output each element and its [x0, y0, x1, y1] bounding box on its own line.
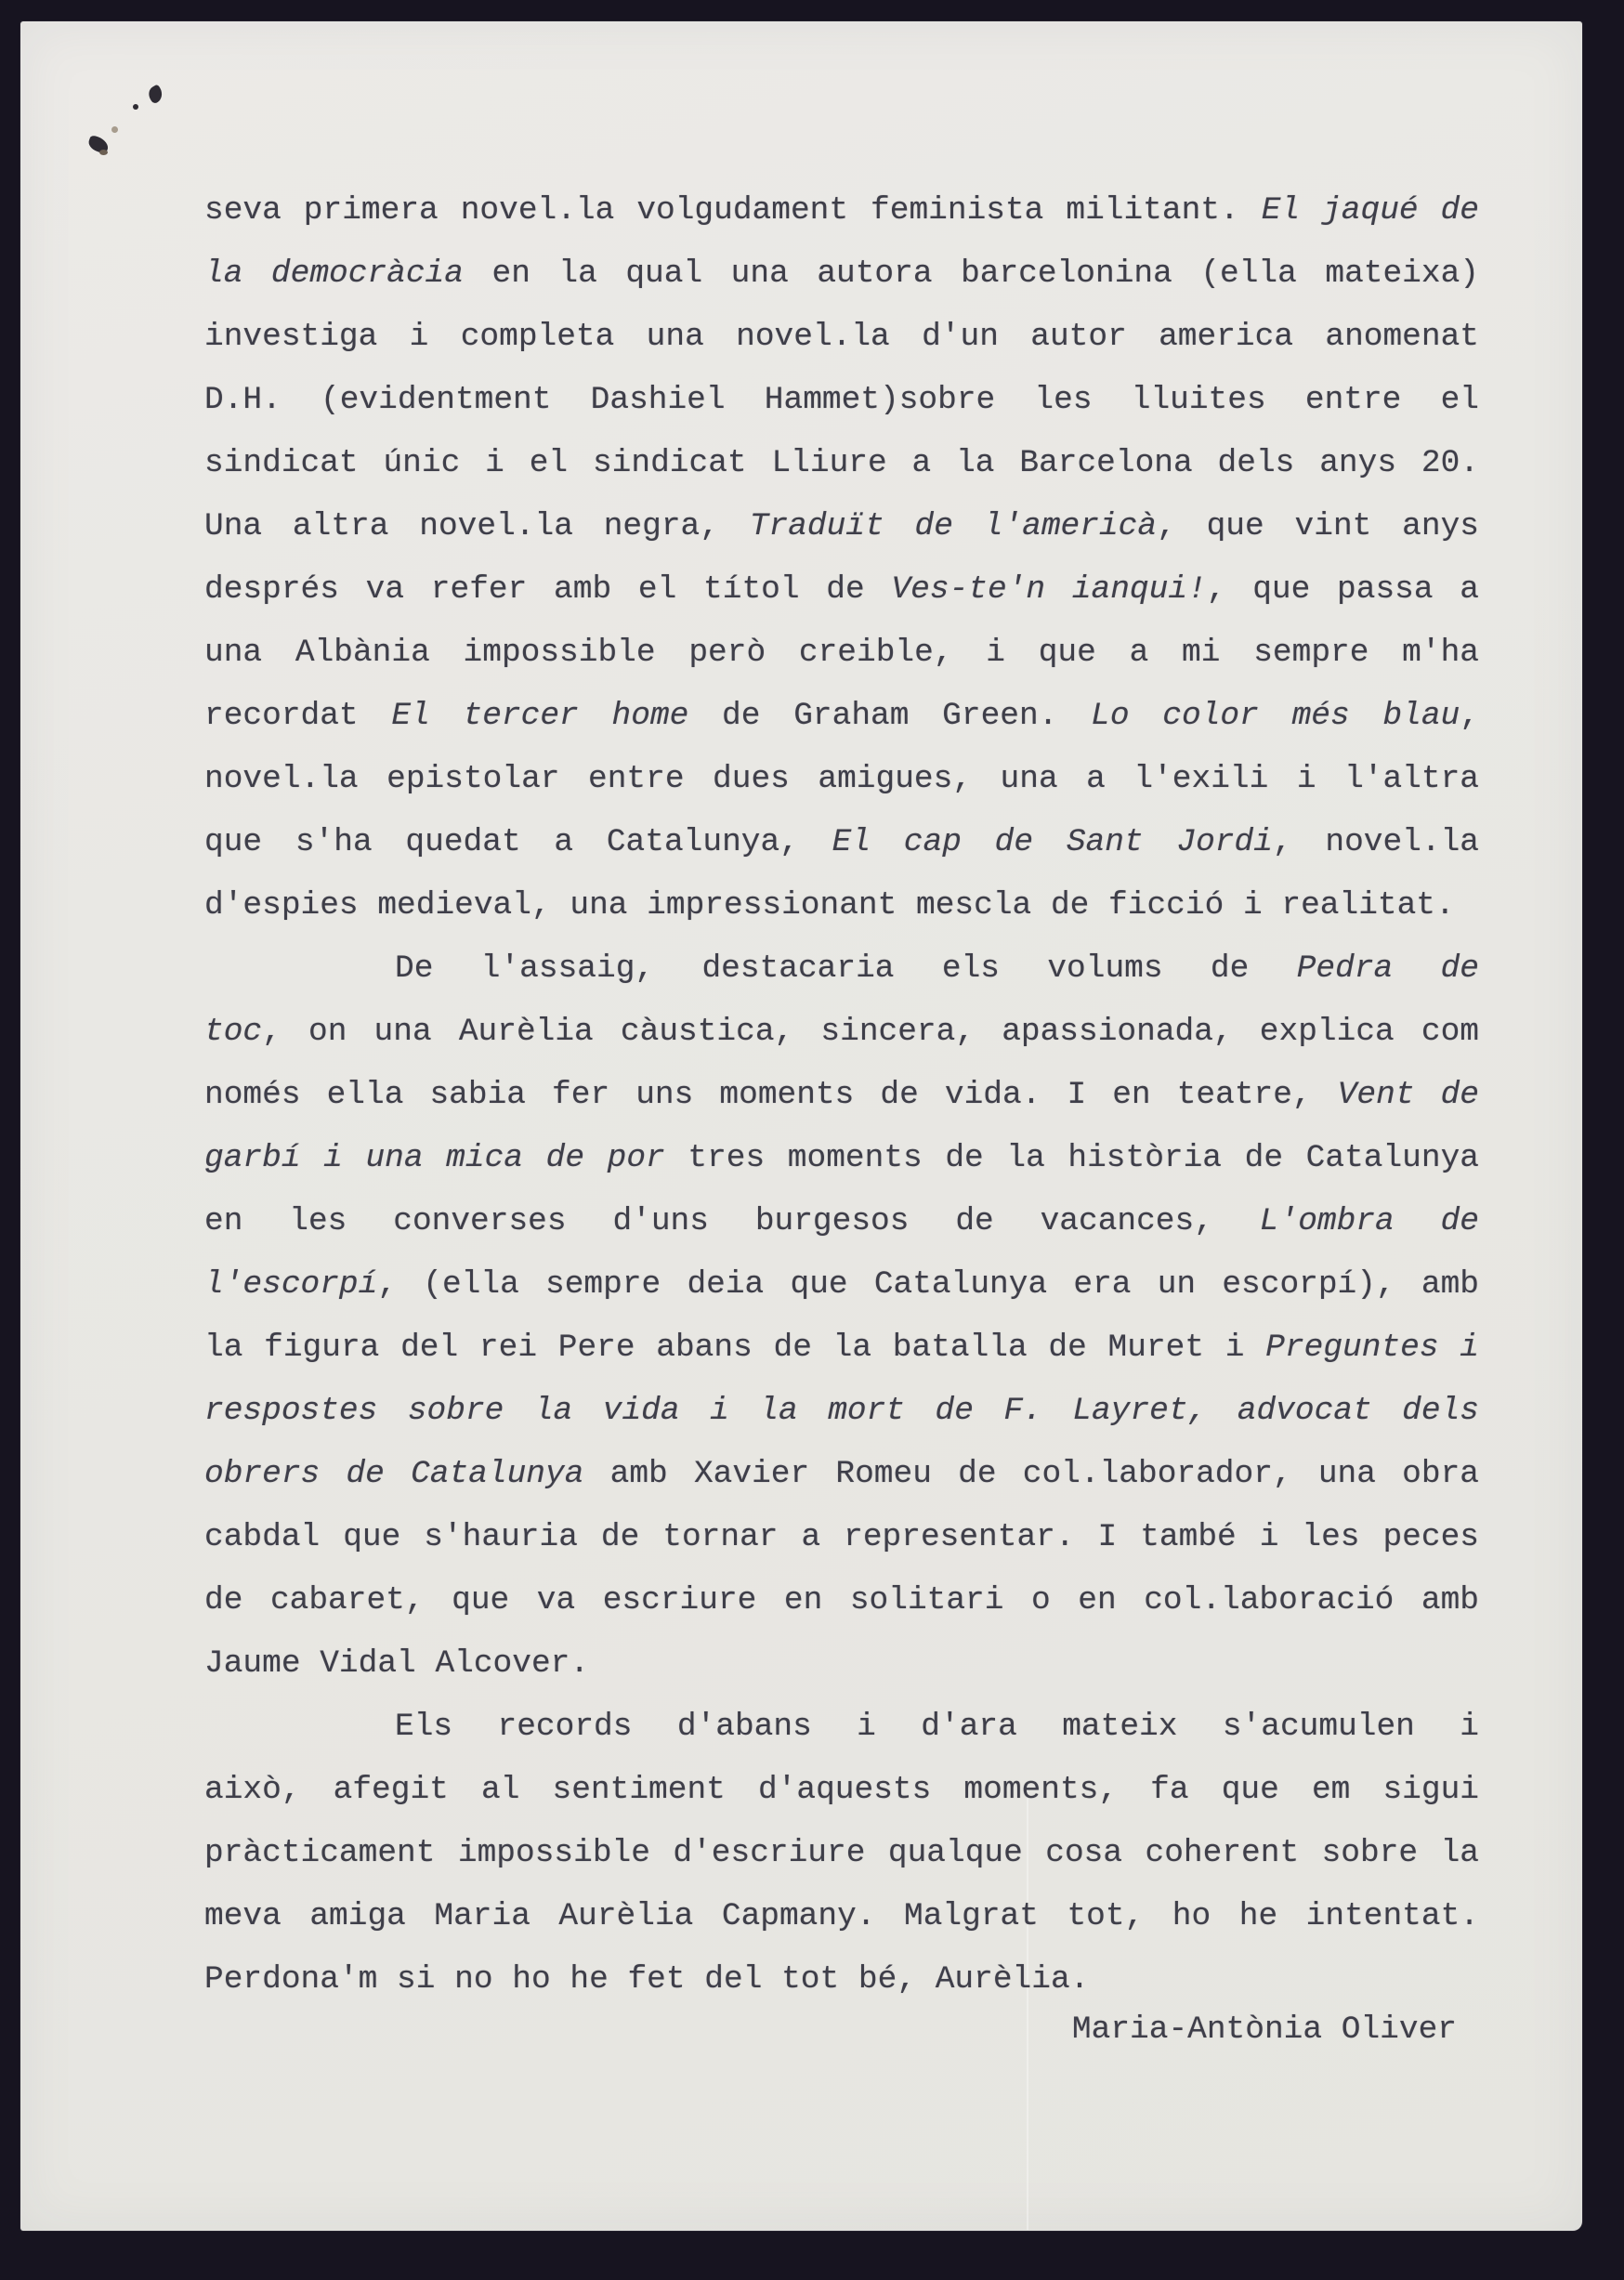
body-text: meva amiga Maria Aurèlia Capmany. Malgra… [204, 1898, 1479, 1934]
typed-text: seva primera novel.la volgudament femini… [204, 179, 1479, 2011]
text-line: la democràcia en la qual una autora barc… [204, 242, 1479, 306]
body-text: , on una Aurèlia càustica, sincera, apas… [262, 1014, 1479, 1050]
body-text: que s'ha quedat a Catalunya, [204, 824, 832, 860]
text-line: d'espies medieval, una impressionant mes… [204, 874, 1479, 937]
text-line: Jaume Vidal Alcover. [204, 1632, 1479, 1696]
body-text: Perdona'm si no ho he fet del tot bé, Au… [204, 1961, 1089, 1998]
scan-background: { "page": { "background_color": "#171420… [0, 0, 1624, 2280]
text-line: D.H. (evidentment Dashiel Hammet)sobre l… [204, 369, 1479, 432]
text-line: només ella sabia fer uns moments de vida… [204, 1064, 1479, 1127]
italic-title-text: El cap de Sant Jordi [832, 824, 1273, 860]
italic-title-text: Ves-te'n ianqui! [891, 571, 1206, 608]
italic-title-text: Vent de [1338, 1077, 1479, 1113]
body-text: , [1460, 698, 1479, 734]
italic-title-text: Traduït de l'americà [750, 508, 1157, 544]
body-text: en la qual una autora barcelonina (ella … [464, 256, 1479, 292]
italic-title-text: Preguntes i [1265, 1330, 1479, 1366]
italic-title-text: obrers de Catalunya [204, 1456, 583, 1492]
italic-title-text: Pedra de [1297, 950, 1479, 987]
body-text: , (ella sempre deia que Catalunya era un… [377, 1266, 1479, 1303]
document-page: seva primera novel.la volgudament femini… [20, 21, 1582, 2231]
body-text: de cabaret, que va escriure en solitari … [204, 1582, 1479, 1618]
text-line: la figura del rei Pere abans de la batal… [204, 1317, 1479, 1380]
body-text: Els records d'abans i d'ara mateix s'acu… [395, 1709, 1479, 1745]
text-line: recordat El tercer home de Graham Green.… [204, 685, 1479, 748]
body-text: de Graham Green. [688, 698, 1091, 734]
text-line: garbí i una mica de por tres moments de … [204, 1127, 1479, 1190]
text-line: de cabaret, que va escriure en solitari … [204, 1569, 1479, 1632]
body-text: tres moments de la història de Catalunya [665, 1140, 1479, 1176]
text-line: toc, on una Aurèlia càustica, sincera, a… [204, 1001, 1479, 1064]
text-line: en les converses d'uns burgesos de vacan… [204, 1190, 1479, 1253]
body-text: això, afegit al sentiment d'aquests mome… [204, 1772, 1479, 1808]
body-text: De l'assaig, destacaria els volums de [395, 950, 1297, 987]
text-line: cabdal que s'hauria de tornar a represen… [204, 1506, 1479, 1569]
italic-title-text: Lo color més blau [1091, 698, 1460, 734]
text-line: pràcticament impossible d'escriure qualq… [204, 1822, 1479, 1885]
body-text: investiga i completa una novel.la d'un a… [204, 319, 1479, 355]
body-text: Jaume Vidal Alcover. [204, 1645, 589, 1682]
text-line: obrers de Catalunya amb Xavier Romeu de … [204, 1443, 1479, 1506]
ink-speck [146, 84, 165, 104]
body-text: en les converses d'uns burgesos de vacan… [204, 1203, 1260, 1239]
text-line: investiga i completa una novel.la d'un a… [204, 306, 1479, 369]
body-text: pràcticament impossible d'escriure qualq… [204, 1835, 1479, 1871]
text-line: sindicat únic i el sindicat Lliure a la … [204, 432, 1479, 495]
body-text: la figura del rei Pere abans de la batal… [204, 1330, 1265, 1366]
body-text: novel.la epistolar entre dues amigues, u… [204, 761, 1479, 797]
text-line: que s'ha quedat a Catalunya, El cap de S… [204, 811, 1479, 874]
body-text: Una altra novel.la negra, [204, 508, 750, 544]
text-line: això, afegit al sentiment d'aquests mome… [204, 1759, 1479, 1822]
body-text: d'espies medieval, una impressionant mes… [204, 887, 1455, 924]
body-text: cabdal que s'hauria de tornar a represen… [204, 1519, 1479, 1555]
text-line: novel.la epistolar entre dues amigues, u… [204, 748, 1479, 811]
body-text: D.H. (evidentment Dashiel Hammet)sobre l… [204, 382, 1479, 418]
body-text: seva primera novel.la volgudament femini… [204, 192, 1262, 229]
text-line: respostes sobre la vida i la mort de F. … [204, 1380, 1479, 1443]
body-text: recordat [204, 698, 391, 734]
body-text: , novel.la [1273, 824, 1479, 860]
text-line: seva primera novel.la volgudament femini… [204, 179, 1479, 242]
text-line: De l'assaig, destacaria els volums de Pe… [204, 937, 1479, 1001]
text-line: l'escorpí, (ella sempre deia que Catalun… [204, 1253, 1479, 1317]
body-text: després va refer amb el títol de [204, 571, 891, 608]
italic-title-text: garbí i una mica de por [204, 1140, 665, 1176]
ink-speck [111, 126, 118, 133]
body-text: només ella sabia fer uns moments de vida… [204, 1077, 1338, 1113]
text-line: Els records d'abans i d'ara mateix s'acu… [204, 1696, 1479, 1759]
text-line: meva amiga Maria Aurèlia Capmany. Malgra… [204, 1885, 1479, 1948]
italic-title-text: toc [204, 1014, 262, 1050]
ink-speck [133, 104, 138, 110]
body-text: , que passa a [1207, 571, 1479, 608]
body-text: una Albània impossible però creible, i q… [204, 635, 1479, 671]
body-text: amb Xavier Romeu de col.laborador, una o… [583, 1456, 1479, 1492]
text-line: una Albània impossible però creible, i q… [204, 622, 1479, 685]
body-text: sindicat únic i el sindicat Lliure a la … [204, 445, 1479, 481]
italic-title-text: L'ombra de [1260, 1203, 1479, 1239]
ink-speck [99, 150, 108, 155]
italic-title-text: respostes sobre la vida i la mort de F. … [204, 1393, 1479, 1429]
italic-title-text: la democràcia [204, 256, 464, 292]
italic-title-text: El jaqué de [1262, 192, 1479, 229]
text-line: després va refer amb el títol de Ves-te'… [204, 558, 1479, 622]
text-line: Una altra novel.la negra, Traduït de l'a… [204, 495, 1479, 558]
body-text: , que vint anys [1157, 508, 1479, 544]
italic-title-text: El tercer home [391, 698, 688, 734]
signature: Maria-Antònia Oliver [204, 1998, 1479, 2062]
italic-title-text: l'escorpí [204, 1266, 377, 1303]
